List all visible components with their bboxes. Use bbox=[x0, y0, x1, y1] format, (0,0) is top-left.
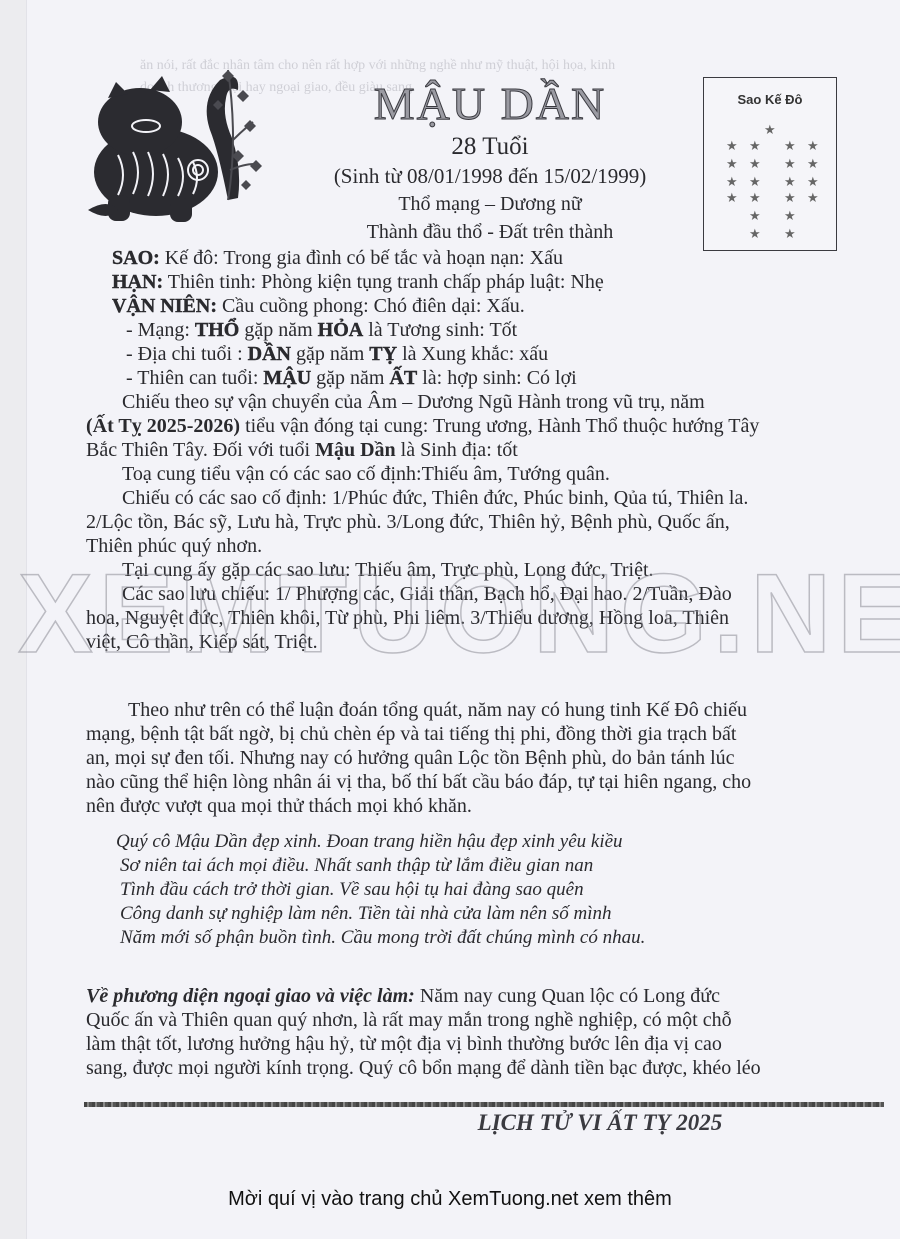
summary-sao: SAO: Kế đô: Trong gia đình có bế tắc và … bbox=[112, 246, 563, 270]
paragraph-line: nào cũng thể hiện lòng nhân ái vị tha, b… bbox=[86, 770, 751, 794]
star-icon: ★ bbox=[807, 174, 819, 190]
paragraph-line: Chiếu có các sao cố định: 1/Phúc đức, Th… bbox=[122, 486, 748, 510]
paragraph-line: Thiên phúc quý nhơn. bbox=[86, 534, 262, 558]
star-icon: ★ bbox=[784, 156, 796, 172]
star-icon: ★ bbox=[726, 174, 738, 190]
career-line: Quốc ấn và Thiên quan quý nhơn, là rất m… bbox=[86, 1008, 732, 1032]
paragraph-line: Tại cung ấy gặp các sao lưu: Thiếu âm, T… bbox=[122, 558, 654, 582]
summary-mang: - Mạng: THỔ gặp năm HỎA là Tương sinh: T… bbox=[126, 318, 517, 342]
star-icon: ★ bbox=[749, 208, 761, 224]
star-chart-box: Sao Kế Đô ★ ★ ★ ★ ★ ★ ★ ★ ★ ★ ★ ★ ★ ★ ★ … bbox=[703, 77, 837, 251]
paragraph-line: mạng, bệnh tật bất ngờ, bị chủ chèn ép v… bbox=[86, 722, 736, 746]
paragraph-line: Theo như trên có thể luận đoán tổng quát… bbox=[128, 698, 747, 722]
star-icon: ★ bbox=[784, 174, 796, 190]
summary-han: HẠN: Thiên tinh: Phòng kiện tụng tranh c… bbox=[112, 270, 604, 294]
summary-dia-chi: - Địa chi tuổi : DẦN gặp năm TỴ là Xung … bbox=[126, 342, 548, 366]
poem-line: Năm mới số phận buồn tình. Cầu mong trời… bbox=[120, 926, 645, 950]
footer-rule bbox=[84, 1102, 884, 1107]
paragraph-line: 2/Lộc tồn, Bác sỹ, Lưu hà, Trực phù. 3/L… bbox=[86, 510, 730, 534]
star-icon: ★ bbox=[749, 190, 761, 206]
star-icon: ★ bbox=[784, 138, 796, 154]
poem-line: Quý cô Mậu Dần đẹp xinh. Đoan trang hiền… bbox=[116, 830, 623, 854]
star-icon: ★ bbox=[807, 190, 819, 206]
career-line: sang, được mọi người kính trọng. Quý cô … bbox=[86, 1056, 761, 1080]
paragraph-line: hoa, Nguyệt đức, Thiên khôi, Từ phù, Phi… bbox=[86, 606, 729, 630]
star-icon: ★ bbox=[749, 226, 761, 242]
birth-range: (Sinh từ 08/01/1998 đến 15/02/1999) bbox=[290, 162, 690, 190]
poem-line: Công danh sự nghiệp làm nên. Tiền tài nh… bbox=[120, 902, 612, 926]
paragraph-line: Chiếu theo sự vận chuyển của Âm – Dương … bbox=[122, 390, 705, 414]
paragraph-line: an, mọi sự đen tối. Nhưng nay có hưởng q… bbox=[86, 746, 735, 770]
star-icon: ★ bbox=[749, 138, 761, 154]
page-title: MẬU DẦN bbox=[290, 78, 690, 130]
tiger-illustration-icon bbox=[78, 60, 278, 230]
star-icon: ★ bbox=[807, 138, 819, 154]
star-icon: ★ bbox=[749, 174, 761, 190]
paragraph-line: (Ất Tỵ 2025-2026) tiểu vận đóng tại cung… bbox=[86, 414, 759, 438]
career-heading: Về phương diện ngoại giao và việc làm: bbox=[86, 985, 415, 1007]
footer-title: LỊCH TỬ VI ẤT TỴ 2025 bbox=[440, 1110, 760, 1136]
star-icon: ★ bbox=[726, 138, 738, 154]
poem-line: Tình đầu cách trở thời gian. Về sau hội … bbox=[120, 878, 584, 902]
element-label: Thành đầu thổ - Đất trên thành bbox=[290, 218, 690, 246]
destiny-label: Thổ mạng – Dương nữ bbox=[290, 190, 690, 218]
paragraph-line: việt, Cô thần, Kiếp sát, Triệt. bbox=[86, 630, 318, 654]
star-icon: ★ bbox=[784, 226, 796, 242]
document-header: MẬU DẦN 28 Tuổi (Sinh từ 08/01/1998 đến … bbox=[290, 78, 690, 246]
age-label: 28 Tuổi bbox=[290, 132, 690, 162]
paragraph-line: nên được vượt qua mọi thử thách mọi khó … bbox=[86, 794, 472, 818]
star-icon: ★ bbox=[784, 208, 796, 224]
star-icon: ★ bbox=[764, 122, 776, 138]
page-edge bbox=[0, 0, 27, 1239]
star-icon: ★ bbox=[807, 156, 819, 172]
paragraph-line: Toạ cung tiểu vận có các sao cố định:Thi… bbox=[122, 462, 610, 486]
poem-line: Sơ niên tai ách mọi điều. Nhất sanh thập… bbox=[120, 854, 593, 878]
paragraph-line: Các sao lưu chiếu: 1/ Phượng các, Giải t… bbox=[122, 582, 732, 606]
star-icon: ★ bbox=[784, 190, 796, 206]
star-icon: ★ bbox=[726, 156, 738, 172]
star-icon: ★ bbox=[726, 190, 738, 206]
star-icon: ★ bbox=[749, 156, 761, 172]
career-line: làm thật tốt, lương hưởng hậu hỷ, từ một… bbox=[86, 1032, 722, 1056]
summary-van-nien: VẬN NIÊN: Cầu cuồng phong: Chó điên dại:… bbox=[112, 294, 525, 318]
career-line: Về phương diện ngoại giao và việc làm: N… bbox=[86, 984, 720, 1008]
star-chart-label: Sao Kế Đô bbox=[704, 92, 836, 107]
paragraph-line: Bắc Thiên Tây. Đối với tuổi Mậu Dần là S… bbox=[86, 438, 518, 462]
summary-thien-can: - Thiên can tuổi: MẬU gặp năm ẤT là: hợp… bbox=[126, 366, 577, 390]
scanned-page: ăn nói, rất đắc nhân tâm cho nên rất hợp… bbox=[0, 0, 900, 1239]
site-caption: Mời quí vị vào trang chủ XemTuong.net xe… bbox=[0, 1188, 900, 1211]
